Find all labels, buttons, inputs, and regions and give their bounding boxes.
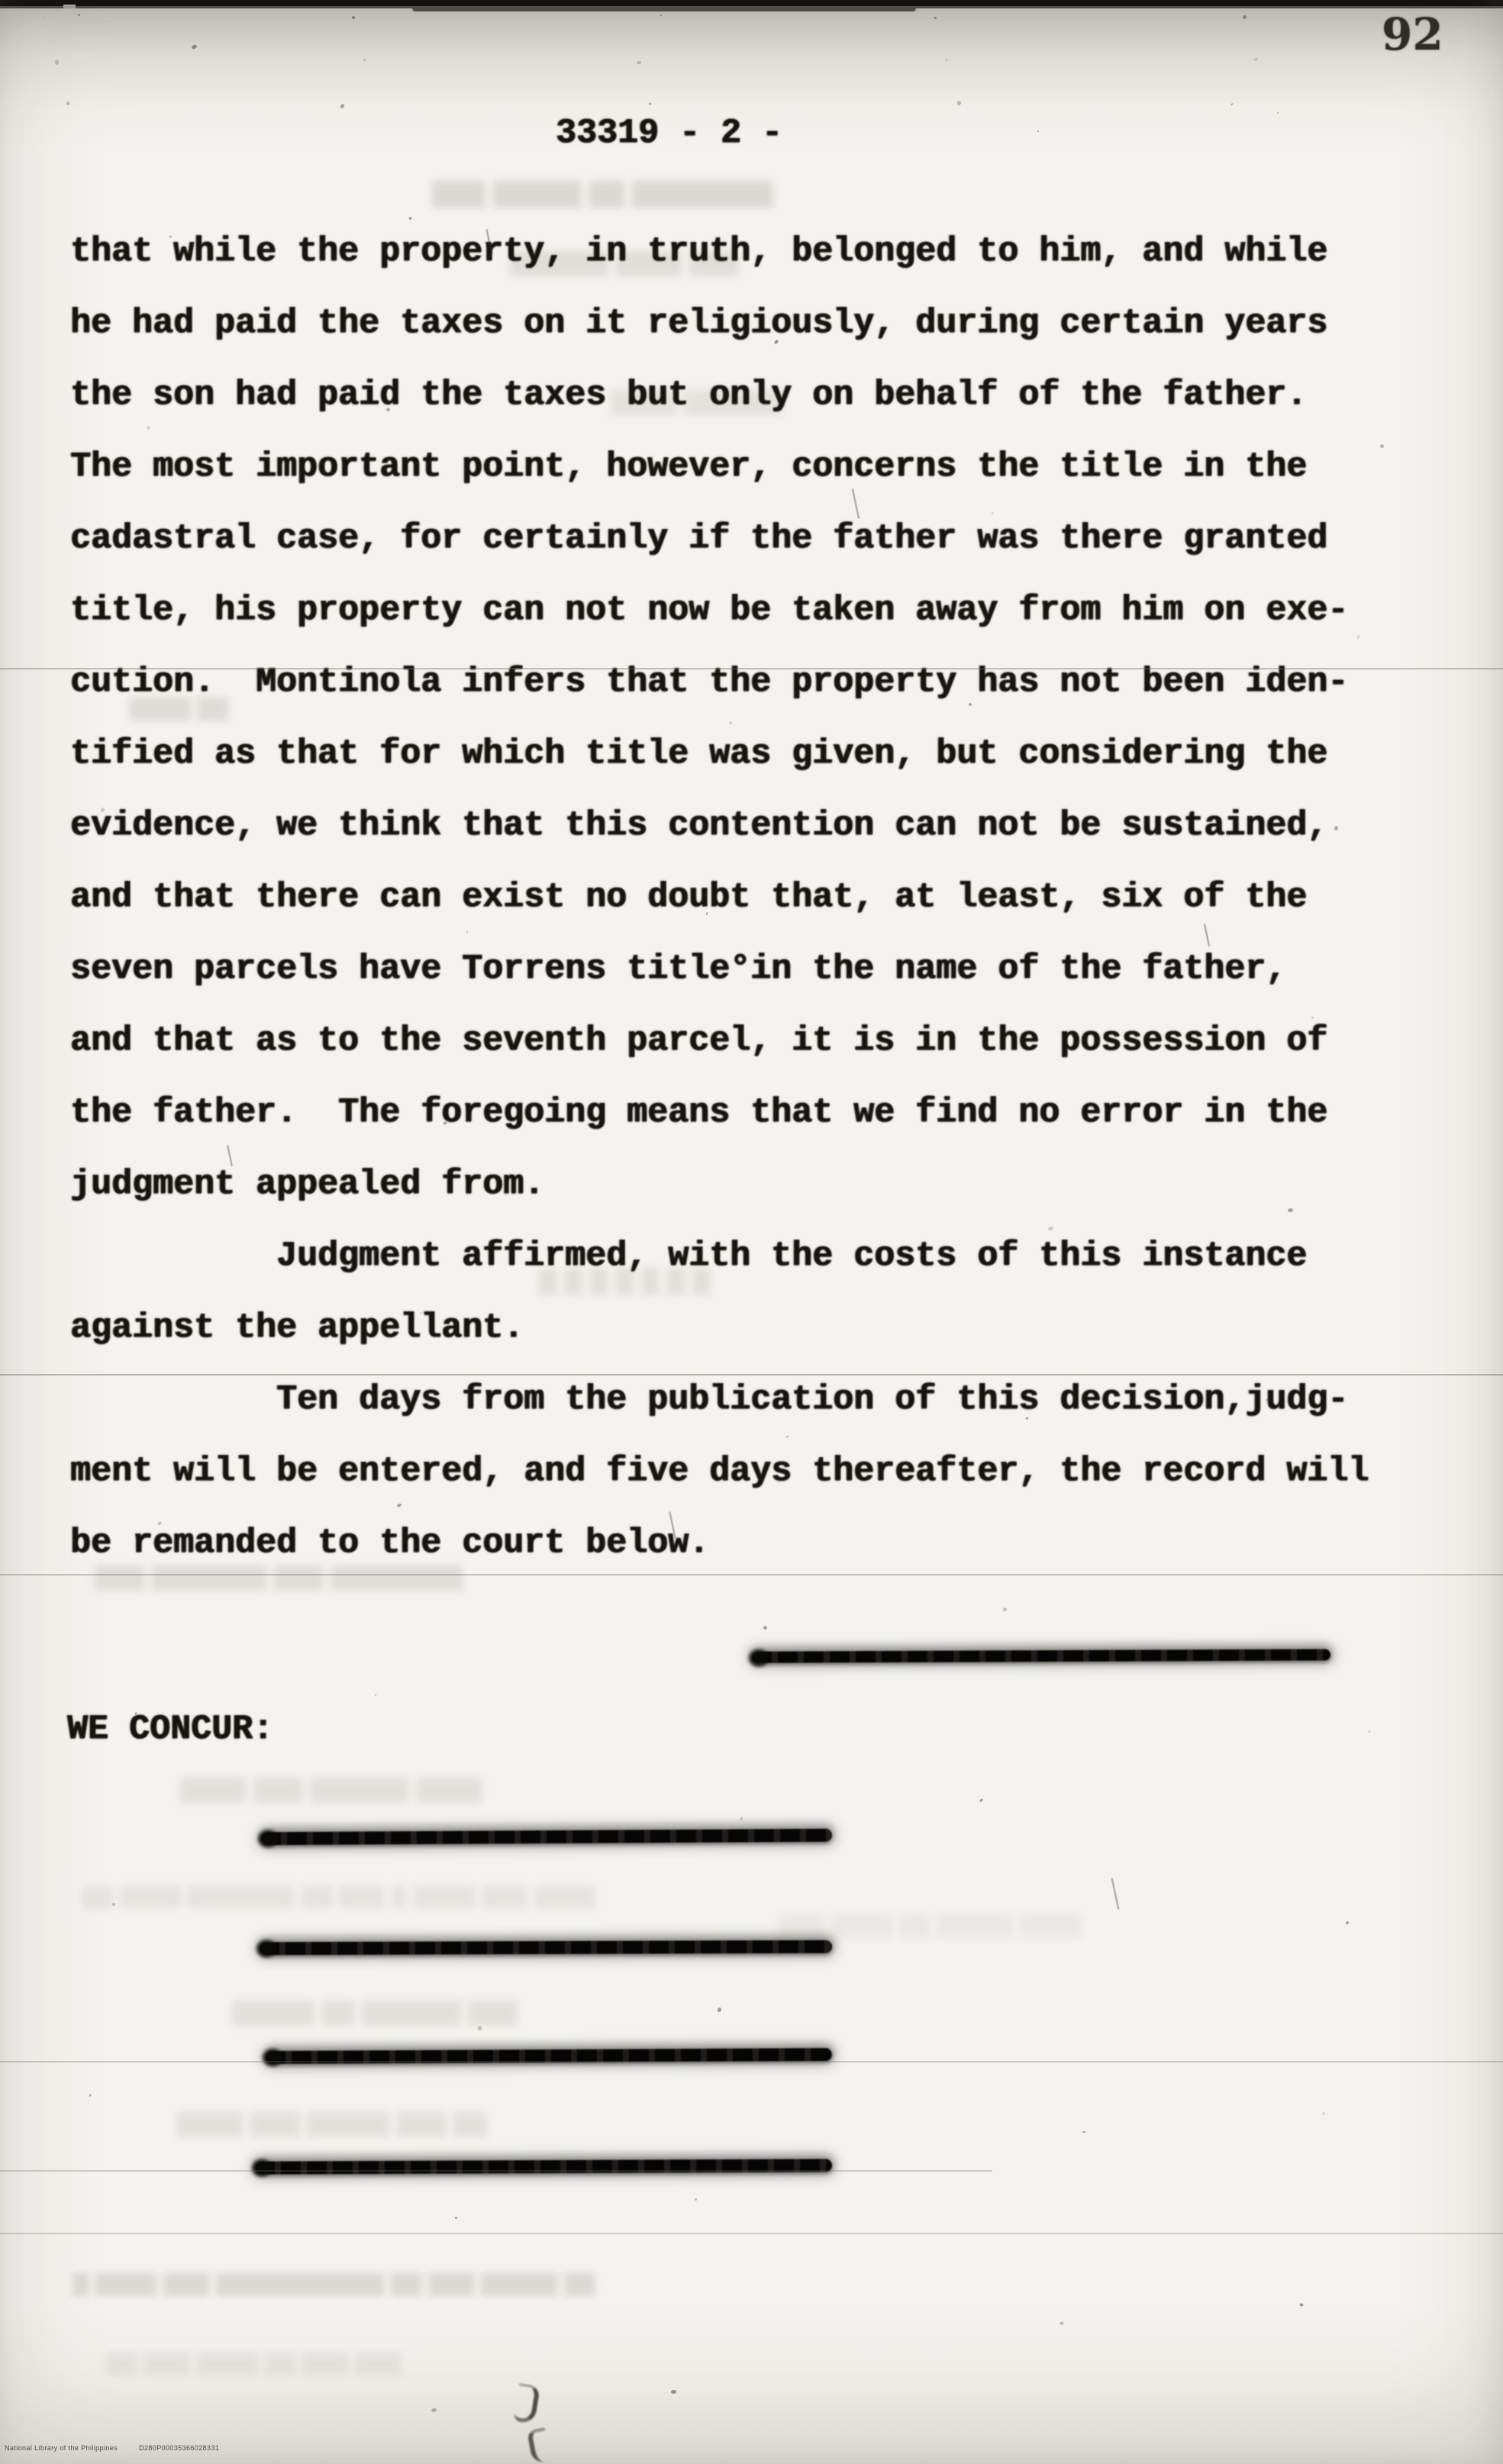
footer-barcode-number: D280P00035366028331 [139, 2444, 219, 2452]
body-line: cution. Montinola infers that the proper… [70, 647, 1444, 718]
scan-scratch-mark [1111, 1878, 1120, 1909]
paper-speck [1311, 1017, 1314, 1019]
ghost-bleedthrough-row: █ ████ ███ ███████████ ██ ███ █████ ██ [73, 2273, 595, 2298]
paper-speck [44, 18, 45, 19]
body-line: the son had paid the taxes but only on b… [70, 360, 1444, 431]
scan-streak-line [0, 668, 1503, 669]
body-line: Judgment affirmed, with the costs of thi… [70, 1221, 1444, 1292]
paper-speck [1002, 1607, 1008, 1612]
body-line: ment will be entered, and five days ther… [70, 1436, 1444, 1508]
body-line: that while the property, in truth, belon… [70, 216, 1444, 288]
scan-streak-line [0, 2170, 992, 2172]
we-concur-label: WE CONCUR: [67, 1694, 273, 1766]
body-line: seven parcels have Torrens title°in the … [70, 934, 1444, 1005]
ghost-bleedthrough-row: ██ ████ ███████ ██ ███ █ ████ ███ ████ [82, 1885, 595, 1910]
body-line: cadastral case, for certainly if the fat… [70, 503, 1444, 575]
scan-streak-line [0, 1374, 1503, 1376]
scan-bottom-shading [0, 2305, 1503, 2464]
redacted-signature-line-2 [260, 1940, 832, 1956]
scan-streak-line [0, 1574, 1503, 1575]
body-line: The most important point, however, conce… [70, 431, 1444, 503]
ghost-bleedthrough-row: ███ █████ ██ ████████ [432, 183, 773, 208]
paper-speck [455, 2217, 457, 2219]
ghost-bleedthrough-row: █████ ██ ██████ ███ [232, 2001, 518, 2026]
body-line: be remanded to the court below. [70, 1508, 1444, 1579]
redacted-signature-line-1 [261, 1829, 832, 1846]
paper-speck [1368, 1730, 1370, 1734]
paper-speck [979, 1798, 984, 1803]
paper-speck [374, 1694, 377, 1696]
paper-speck [1323, 2112, 1325, 2115]
microfilm-footer: National Library of the PhilippinesD280P… [5, 2444, 219, 2453]
paper-speck [671, 2390, 676, 2394]
paper-speck [717, 2007, 722, 2012]
case-number-header: 33319 - 2 - [556, 98, 782, 169]
body-line: judgment appealed from. [70, 1149, 1444, 1221]
body-line: evidence, we think that this contention … [70, 790, 1444, 862]
page-number: 92 [1382, 5, 1443, 64]
scan-streak-line [0, 2233, 1503, 2234]
body-line: tified as that for which title was given… [70, 718, 1444, 790]
redacted-signature-line-4 [255, 2159, 832, 2174]
ghost-bleedthrough-row: ████ ███ █████ ███ ██ [177, 2113, 486, 2137]
footer-library-label: National Library of the Philippines [5, 2444, 118, 2452]
body-line: and that there can exist no doubt that, … [70, 862, 1444, 934]
body-line: title, his property can not now be taken… [70, 575, 1444, 647]
paper-speck [478, 2026, 482, 2031]
body-line: he had paid the taxes on it religiously,… [70, 288, 1444, 360]
scanned-document-page: ██ ███ ████ ██ ███ ████ ████ ███ ███████… [0, 0, 1503, 2464]
scan-streak-line [0, 2061, 1503, 2062]
redacted-line-after-decision [752, 1649, 1330, 1663]
paper-speck [695, 2198, 697, 2201]
body-line: against the appellant. [70, 1292, 1444, 1364]
paper-speck [740, 1817, 743, 1821]
paper-speck [1345, 1921, 1349, 1924]
paper-speck [89, 2094, 91, 2097]
body-line: the father. The foregoing means that we … [70, 1077, 1444, 1149]
paper-speck [763, 1625, 768, 1630]
body-line: and that as to the seventh parcel, it is… [70, 1005, 1444, 1077]
paper-speck [1082, 2131, 1085, 2133]
ghost-bleedthrough-row: ████ ███ ██████ ████ [180, 1779, 482, 1803]
ghost-bleedthrough-row: ███ ████ ██ █████ ████ [779, 1914, 1081, 1939]
